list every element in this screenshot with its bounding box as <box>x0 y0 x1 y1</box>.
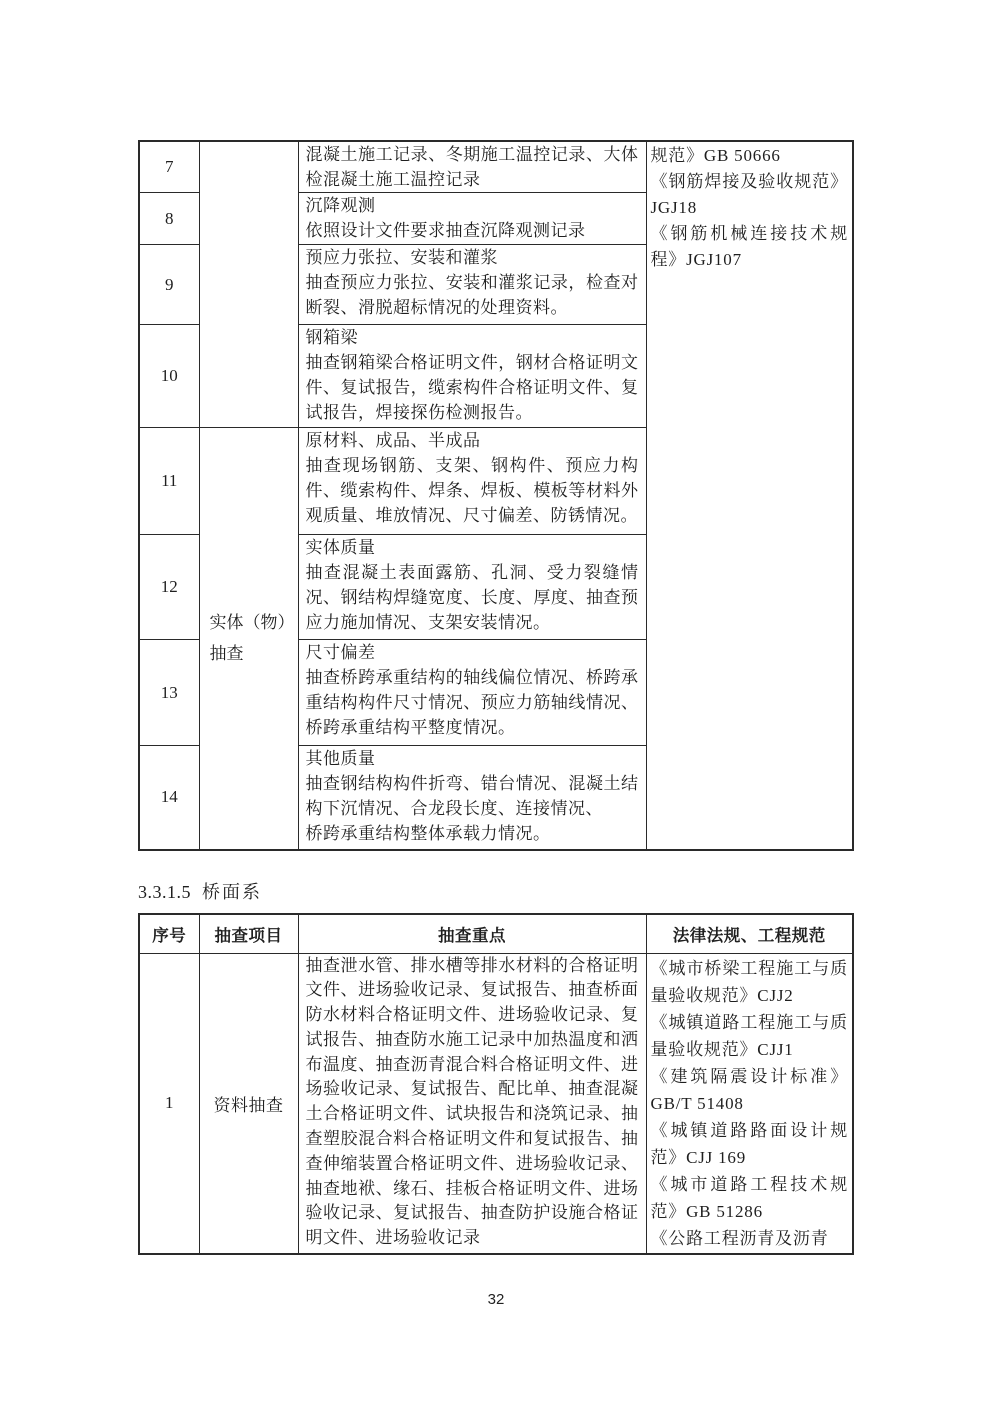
document-page: 7 混凝土施工记录、冬期施工温控记录、大体检混凝土施工温控记录 规范》GB 50… <box>0 0 992 1403</box>
row-number-cell: 7 <box>139 141 199 193</box>
regulation-entry: 《钢筋机械连接技术规程》JGJ107 <box>651 221 849 273</box>
page-number: 32 <box>0 1291 992 1308</box>
regulation-entry: 规范》GB 50666 <box>651 143 849 169</box>
focus-desc: 抽查预应力张拉、安装和灌浆记录，检查对断裂、滑脱超标情况的处理资料。 <box>306 270 639 320</box>
regulation-entry: 《公路工程沥青及沥青 <box>651 1225 849 1252</box>
regulation-entry: 《城市道路工程技术规范》GB 51286 <box>651 1171 849 1225</box>
inspection-focus-cell: 其他质量 抽查钢结构构件折弯、错台情况、混凝土结构下沉情况、合龙段长度、连接情况… <box>298 746 646 850</box>
focus-title: 原材料、成品、半成品 <box>306 428 639 453</box>
regulation-entry: 《城市桥梁工程施工与质量验收规范》CJJ2 <box>651 955 849 1009</box>
inspection-focus-cell: 实体质量 抽查混凝土表面露筋、孔洞、受力裂缝情况、钢结构焊缝宽度、长度、厚度、抽… <box>298 535 646 640</box>
inspection-focus-cell: 预应力张拉、安装和灌浆 抽查预应力张拉、安装和灌浆记录，检查对断裂、滑脱超标情况… <box>298 245 646 325</box>
inspection-table-continued: 7 混凝土施工记录、冬期施工温控记录、大体检混凝土施工温控记录 规范》GB 50… <box>138 140 854 851</box>
row-number-cell: 12 <box>139 535 199 640</box>
header-seq: 序号 <box>139 914 199 953</box>
section-number: 3.3.1.5 <box>138 882 191 902</box>
table-row: 7 混凝土施工记录、冬期施工温控记录、大体检混凝土施工温控记录 规范》GB 50… <box>139 141 853 193</box>
row-number-cell: 10 <box>139 325 199 428</box>
focus-desc-line2: 桥跨承重结构整体承载力情况。 <box>306 821 639 846</box>
inspection-item-cell-empty <box>199 141 298 428</box>
focus-title: 尺寸偏差 <box>306 640 639 665</box>
header-focus: 抽查重点 <box>298 914 646 953</box>
focus-desc: 抽查泄水管、排水槽等排水材料的合格证明文件、进场验收记录、复试报告、抽查桥面防水… <box>306 954 639 1252</box>
row-number-cell: 8 <box>139 193 199 245</box>
inspection-focus-cell: 钢箱梁 抽查钢箱梁合格证明文件，钢材合格证明文件、复试报告，缆索构件合格证明文件… <box>298 325 646 428</box>
table-row: 1 资料抽查 抽查泄水管、排水槽等排水材料的合格证明文件、进场验收记录、复试报告… <box>139 953 853 1254</box>
focus-desc: 混凝土施工记录、冬期施工温控记录、大体检混凝土施工温控记录 <box>306 142 639 192</box>
inspection-focus-cell: 尺寸偏差 抽查桥跨承重结构的轴线偏位情况、桥跨承重结构构件尺寸情况、预应力筋轴线… <box>298 640 646 746</box>
focus-title: 实体质量 <box>306 535 639 560</box>
focus-desc: 抽查钢箱梁合格证明文件，钢材合格证明文件、复试报告，缆索构件合格证明文件、复试报… <box>306 350 639 425</box>
header-regulations: 法律法规、工程规范 <box>646 914 853 953</box>
inspection-focus-cell: 抽查泄水管、排水槽等排水材料的合格证明文件、进场验收记录、复试报告、抽查桥面防水… <box>298 953 646 1254</box>
focus-title: 沉降观测 <box>306 193 639 218</box>
bridge-deck-table: 序号 抽查项目 抽查重点 法律法规、工程规范 1 资料抽查 抽查泄水管、排水槽等… <box>138 913 854 1255</box>
regulation-entry: 《城镇道路工程施工与质量验收规范》CJJ1 <box>651 1009 849 1063</box>
focus-desc: 依照设计文件要求抽查沉降观测记录 <box>306 218 639 243</box>
focus-desc: 抽查钢结构构件折弯、错台情况、混凝土结构下沉情况、合龙段长度、连接情况、 <box>306 771 639 821</box>
inspection-focus-cell: 混凝土施工记录、冬期施工温控记录、大体检混凝土施工温控记录 <box>298 141 646 193</box>
inspection-item-cell: 资料抽查 <box>199 953 298 1254</box>
inspection-focus-cell: 原材料、成品、半成品 抽查现场钢筋、支架、钢构件、预应力构件、缆索构件、焊条、焊… <box>298 428 646 535</box>
regulations-cell: 《城市桥梁工程施工与质量验收规范》CJJ2 《城镇道路工程施工与质量验收规范》C… <box>646 953 853 1254</box>
row-number-cell: 14 <box>139 746 199 850</box>
regulation-entry: 《建筑隔震设计标准》GB/T 51408 <box>651 1063 849 1117</box>
regulation-entry: 《城镇道路路面设计规范》CJJ 169 <box>651 1117 849 1171</box>
focus-title: 其他质量 <box>306 746 639 771</box>
section-title: 桥面系 <box>202 882 262 902</box>
section-heading: 3.3.1.5桥面系 <box>138 881 262 903</box>
regulations-cell: 规范》GB 50666 《钢筋焊接及验收规范》JGJ18 《钢筋机械连接技术规程… <box>646 141 853 850</box>
row-number-cell: 11 <box>139 428 199 535</box>
focus-title: 钢箱梁 <box>306 325 639 350</box>
row-number-cell: 13 <box>139 640 199 746</box>
inspection-item-group-cell: 实体（物）抽查 <box>199 428 298 850</box>
focus-desc: 抽查混凝土表面露筋、孔洞、受力裂缝情况、钢结构焊缝宽度、长度、厚度、抽查预应力施… <box>306 560 639 635</box>
table-header-row: 序号 抽查项目 抽查重点 法律法规、工程规范 <box>139 914 853 953</box>
focus-title: 预应力张拉、安装和灌浆 <box>306 245 639 270</box>
header-item: 抽查项目 <box>199 914 298 953</box>
focus-desc: 抽查现场钢筋、支架、钢构件、预应力构件、缆索构件、焊条、焊板、模板等材料外观质量… <box>306 453 639 528</box>
row-number-cell: 1 <box>139 953 199 1254</box>
inspection-focus-cell: 沉降观测 依照设计文件要求抽查沉降观测记录 <box>298 193 646 245</box>
regulation-entry: 《钢筋焊接及验收规范》JGJ18 <box>651 169 849 221</box>
focus-desc: 抽查桥跨承重结构的轴线偏位情况、桥跨承重结构构件尺寸情况、预应力筋轴线情况、桥跨… <box>306 665 639 740</box>
row-number-cell: 9 <box>139 245 199 325</box>
